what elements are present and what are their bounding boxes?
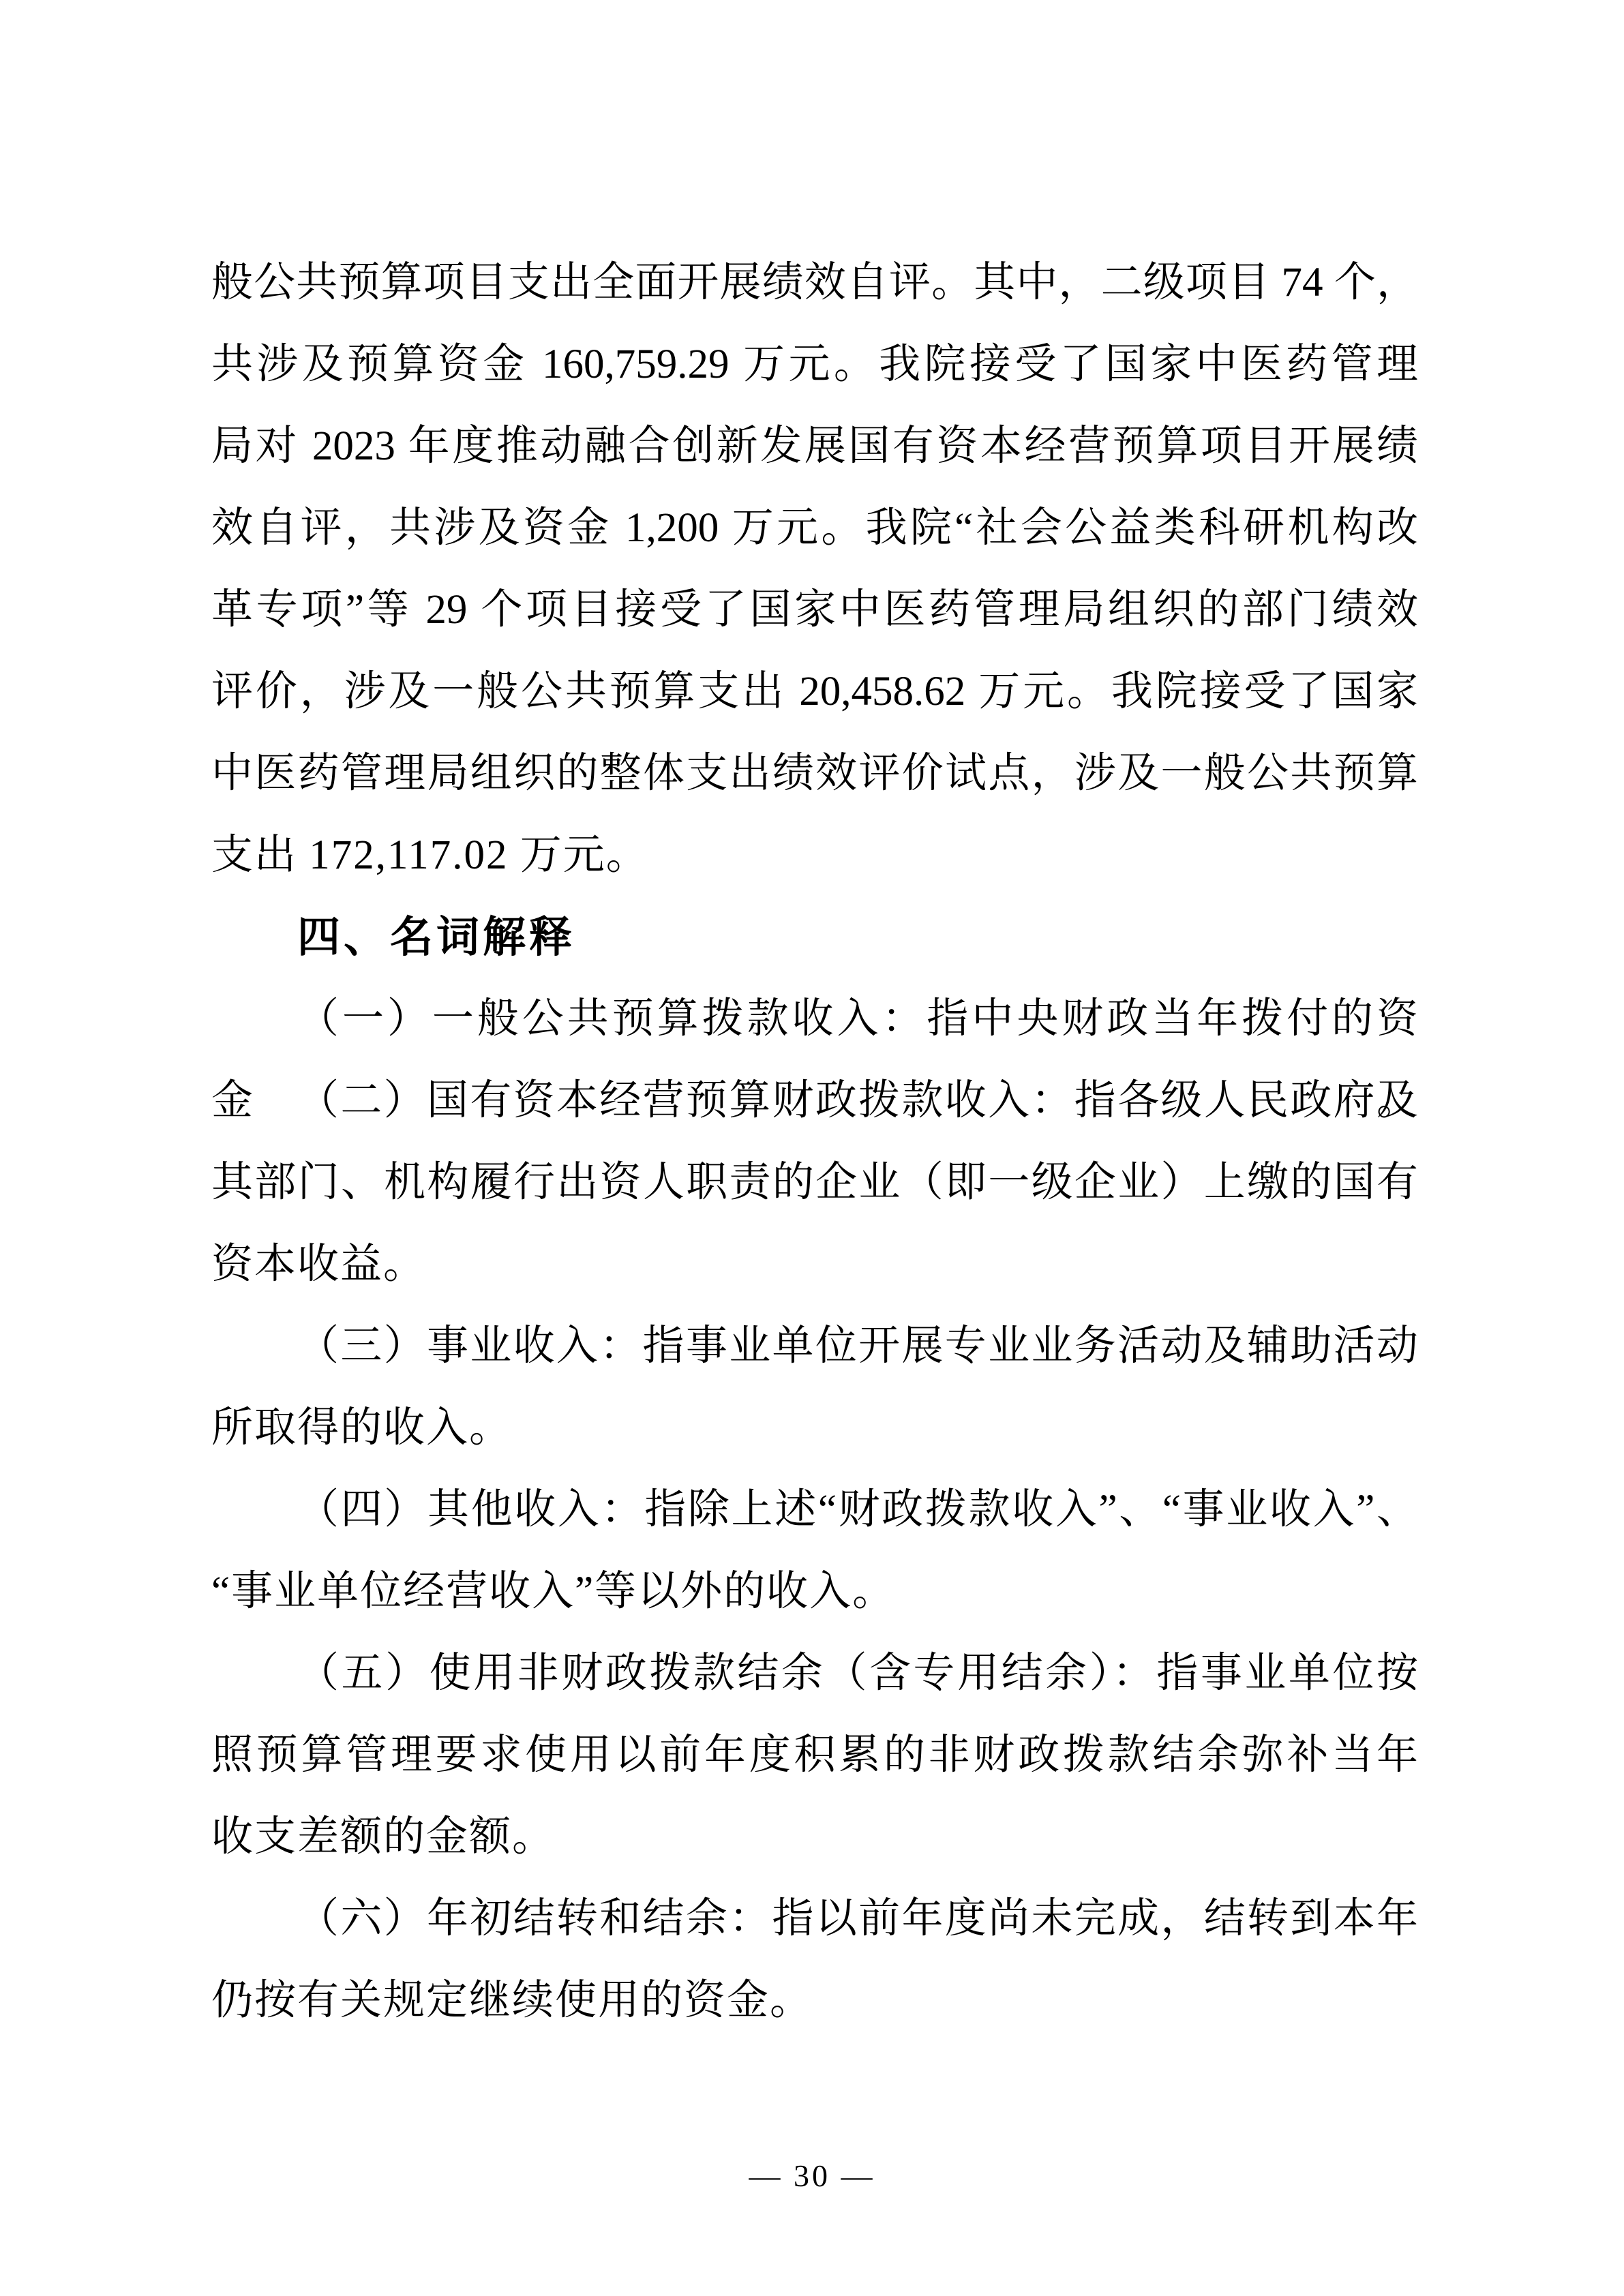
definition-line: （一）一般公共预算拨款收入：指中央财政当年拨付的资金。 xyxy=(211,978,1418,1060)
body-line: 革专项”等 29 个项目接受了国家中医药管理局组织的部门绩效 xyxy=(211,569,1418,651)
definition-line: （二）国有资本经营预算财政拨款收入：指各级人民政府及 xyxy=(211,1060,1418,1142)
body-line: 支出 172,117.02 万元。 xyxy=(211,815,1418,896)
definition-line: 所取得的收入。 xyxy=(211,1387,1418,1469)
document-body: 般公共预算项目支出全面开展绩效自评。其中，二级项目 74 个， 共涉及预算资金 … xyxy=(211,242,1418,2042)
body-line: 评价，涉及一般公共预算支出 20,458.62 万元。我院接受了国家 xyxy=(211,651,1418,733)
definition-line: 其部门、机构履行出资人职责的企业（即一级企业）上缴的国有 xyxy=(211,1142,1418,1224)
definition-line: （六）年初结转和结余：指以前年度尚未完成，结转到本年 xyxy=(211,1878,1418,1960)
definition-line: 仍按有关规定继续使用的资金。 xyxy=(211,1960,1418,2042)
definition-line: （三）事业收入：指事业单位开展专业业务活动及辅助活动 xyxy=(211,1305,1418,1387)
body-line: 般公共预算项目支出全面开展绩效自评。其中，二级项目 74 个， xyxy=(211,242,1418,324)
body-line: 共涉及预算资金 160,759.29 万元。我院接受了国家中医药管理 xyxy=(211,324,1418,406)
definition-line: （四）其他收入：指除上述“财政拨款收入”、“事业收入”、 xyxy=(211,1469,1418,1551)
definition-line: 照预算管理要求使用以前年度积累的非财政拨款结余弥补当年 xyxy=(211,1715,1418,1796)
section-heading-glossary: 四、名词解释 xyxy=(211,896,1418,978)
definition-line: “事业单位经营收入”等以外的收入。 xyxy=(211,1551,1418,1633)
body-line: 局对 2023 年度推动融合创新发展国有资本经营预算项目开展绩 xyxy=(211,406,1418,487)
body-line: 效自评，共涉及资金 1,200 万元。我院“社会公益类科研机构改 xyxy=(211,487,1418,569)
definition-line: 收支差额的金额。 xyxy=(211,1796,1418,1878)
page-number: — 30 — xyxy=(0,2156,1624,2196)
body-line: 中医药管理局组织的整体支出绩效评价试点，涉及一般公共预算 xyxy=(211,733,1418,815)
document-page: 般公共预算项目支出全面开展绩效自评。其中，二级项目 74 个， 共涉及预算资金 … xyxy=(0,0,1624,2296)
definition-line: 资本收益。 xyxy=(211,1224,1418,1305)
definition-line: （五）使用非财政拨款结余（含专用结余）：指事业单位按 xyxy=(211,1633,1418,1715)
